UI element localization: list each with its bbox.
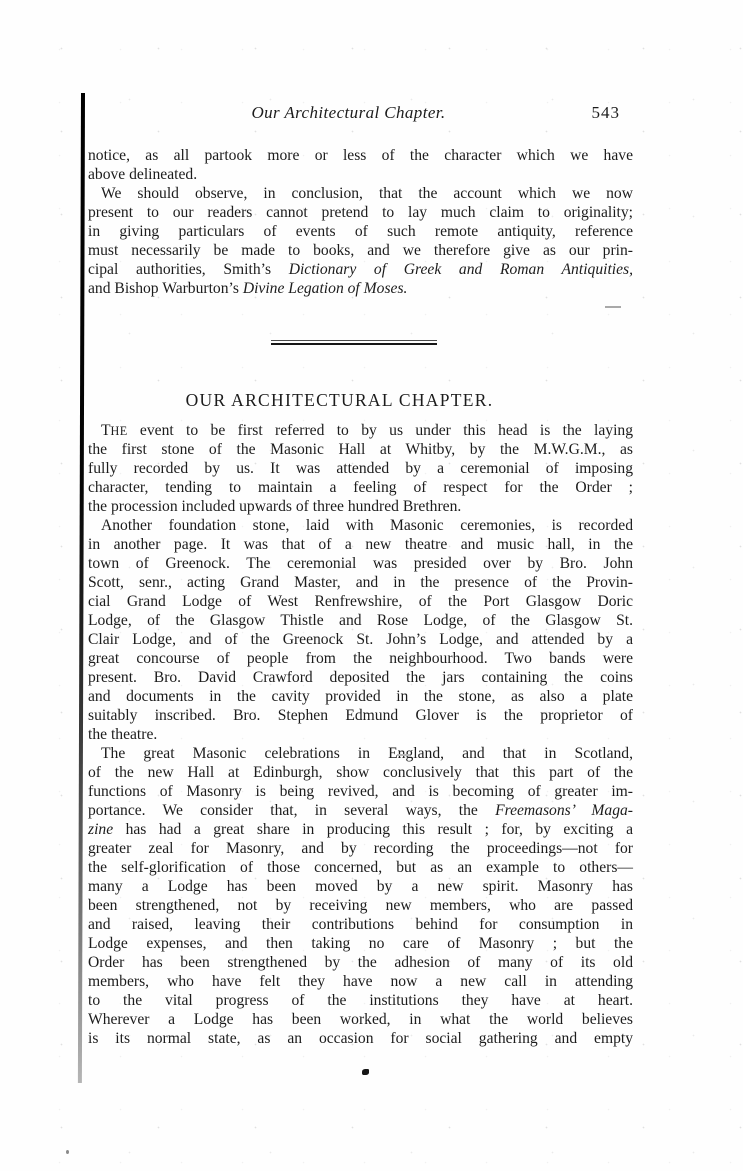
text-line: the first stone of the Masonic Hall at W… bbox=[88, 440, 633, 459]
text-line: Another foundation stone, laid with Maso… bbox=[88, 516, 633, 535]
text-line: to the vital progress of the institution… bbox=[88, 991, 633, 1010]
scanned-page: Our Architectural Chapter. 543 notice, a… bbox=[0, 0, 743, 1171]
paragraph: notice, as all partook more or less of t… bbox=[88, 146, 633, 184]
text-line: We should observe, in conclusion, that t… bbox=[88, 184, 633, 203]
text-line: present. Bro. David Crawford deposited t… bbox=[88, 668, 633, 687]
text-line: Clair Lodge, and of the Greenock St. Joh… bbox=[88, 630, 633, 649]
text-line: fully recorded by us. It was attended by… bbox=[88, 459, 633, 478]
text-line: character, tending to maintain a feeling… bbox=[88, 478, 633, 497]
text-line: is its normal state, as an occasion for … bbox=[88, 1029, 633, 1048]
text-line: zine has had a great share in producing … bbox=[88, 820, 633, 839]
text-line: above delineated. bbox=[88, 165, 633, 184]
page-number: 543 bbox=[592, 103, 621, 123]
paragraph: Another foundation stone, laid with Maso… bbox=[88, 516, 633, 744]
text-line: functions of Masonry is being revived, a… bbox=[88, 782, 633, 801]
text-line: Lodge expenses, and then taking no care … bbox=[88, 934, 633, 953]
text-line: of the new Hall at Edinburgh, show concl… bbox=[88, 763, 633, 782]
paragraph: The great Masonic celebrations in Englan… bbox=[88, 744, 633, 1048]
text-line: portance. We consider that, in several w… bbox=[88, 801, 633, 820]
text-line: must necessarily be made to books, and w… bbox=[88, 241, 633, 260]
text-line: Order has been strengthened by the adhes… bbox=[88, 953, 633, 972]
text-line: greater zeal for Masonry, and by recordi… bbox=[88, 839, 633, 858]
scan-artifact-dash bbox=[605, 306, 621, 308]
text-line: present to our readers cannot pretend to… bbox=[88, 203, 633, 222]
scan-artifact-dash bbox=[397, 754, 410, 756]
text-line: members, who have felt they have now a n… bbox=[88, 972, 633, 991]
text-line: notice, as all partook more or less of t… bbox=[88, 146, 633, 165]
text-line: Wherever a Lodge has been worked, in wha… bbox=[88, 1010, 633, 1029]
text-line: great concourse of people from the neigh… bbox=[88, 649, 633, 668]
running-header-title: Our Architectural Chapter. bbox=[251, 103, 445, 123]
section-divider bbox=[271, 340, 437, 345]
ink-speck bbox=[362, 1069, 369, 1075]
text-line: and raised, leaving their contributions … bbox=[88, 915, 633, 934]
chapter-heading: OUR ARCHITECTURAL CHAPTER. bbox=[67, 389, 612, 411]
text-line: Lodge, of the Glasgow Thistle and Rose L… bbox=[88, 611, 633, 630]
text-line: the self-glorification of those concerne… bbox=[88, 858, 633, 877]
text-line: and documents in the cavity provided in … bbox=[88, 687, 633, 706]
text-line: Scott, senr., acting Grand Master, and i… bbox=[88, 573, 633, 592]
text-line: the procession included upwards of three… bbox=[88, 497, 633, 516]
binding-shadow bbox=[78, 93, 85, 1083]
text-line: town of Greenock. The ceremonial was pre… bbox=[88, 554, 633, 573]
text-line: THE event to be first referred to by us … bbox=[88, 421, 633, 440]
running-header: Our Architectural Chapter. 543 bbox=[88, 103, 633, 125]
paragraph: THE event to be first referred to by us … bbox=[88, 421, 633, 516]
text-line: in another page. It was that of a new th… bbox=[88, 535, 633, 554]
text-line: cipal authorities, Smith’s Dictionary of… bbox=[88, 260, 633, 279]
text-line: cial Grand Lodge of West Renfrewshire, o… bbox=[88, 592, 633, 611]
text-line: in giving particulars of events of such … bbox=[88, 222, 633, 241]
text-line: suitably inscribed. Bro. Stephen Edmund … bbox=[88, 706, 633, 725]
text-line: and Bishop Warburton’s Divine Legation o… bbox=[88, 279, 633, 298]
text-line: been strengthened, not by receiving new … bbox=[88, 896, 633, 915]
text-line: many a Lodge has been moved by a new spi… bbox=[88, 877, 633, 896]
paragraph: We should observe, in conclusion, that t… bbox=[88, 184, 633, 298]
page-body: notice, as all partook more or less of t… bbox=[88, 146, 633, 1048]
text-line: the theatre. bbox=[88, 725, 633, 744]
ink-speck bbox=[66, 1150, 69, 1154]
text-line: The great Masonic celebrations in Englan… bbox=[88, 744, 633, 763]
